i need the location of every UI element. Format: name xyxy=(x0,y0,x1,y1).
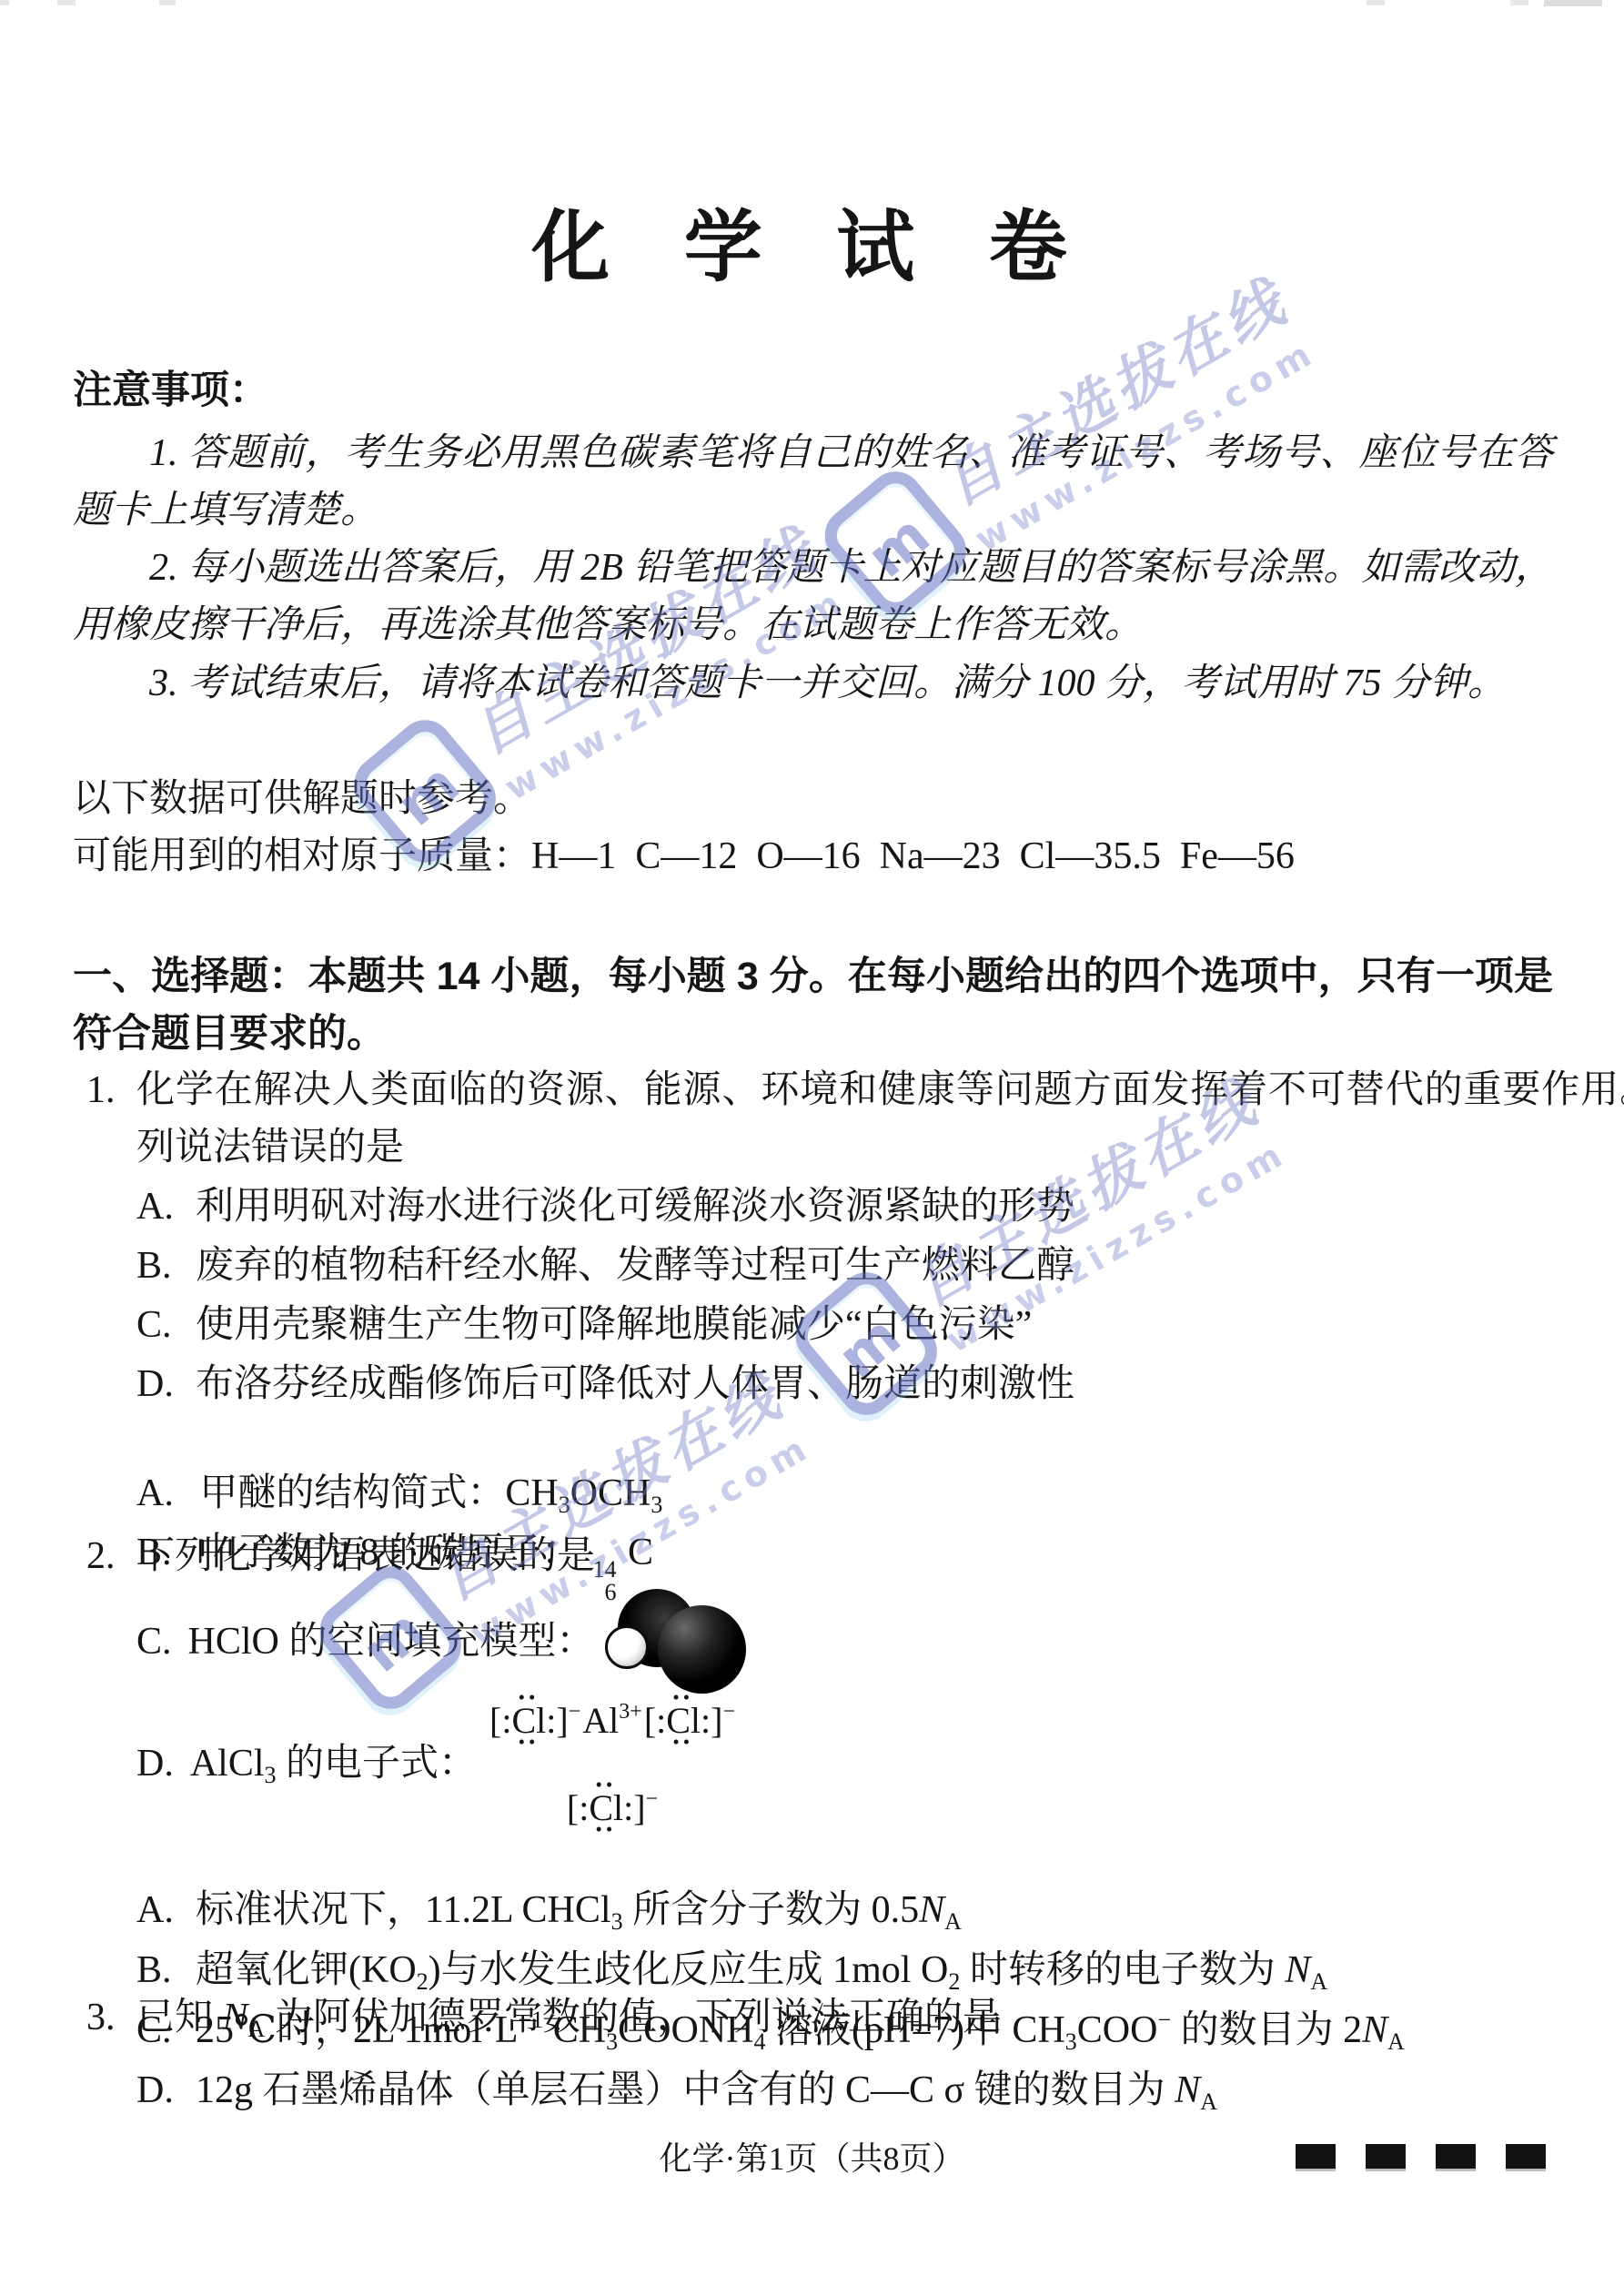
option-b-text: 中子数为 8 的碳原子： xyxy=(197,1532,580,1573)
electron-formula-line-1: •• ••[:Cl:]− Al3+ •• ••[:Cl:]− xyxy=(489,1688,737,1752)
option-a-label: A. xyxy=(136,1882,174,1939)
notice-heading: 注意事项： xyxy=(73,362,1553,420)
option-a-text: 标准状况下，11.2L CHCl3 所含分子数为 0.5NA xyxy=(196,1889,962,1931)
scan-artifact xyxy=(1544,0,1602,6)
alcl3-electron-formula: •• ••[:Cl:]− Al3+ •• ••[:Cl:]− •• ••[:Cl… xyxy=(489,1688,737,1839)
bracket-open: [: xyxy=(489,1700,511,1741)
question-1-text: 化学在解决人类面临的资源、能源、环境和健康等问题方面发挥着不可替代的重要作用。下… xyxy=(136,1069,1624,1168)
atom-sphere-dark-large xyxy=(658,1605,746,1694)
scan-artifact xyxy=(0,0,9,5)
alignment-square xyxy=(1296,2144,1336,2169)
chloride-lewis-unit: •• ••[:Cl:]− xyxy=(644,1688,737,1752)
question-1-number: 1. xyxy=(86,1062,116,1119)
option-b: B. 超氧化钾(KO2)与水发生歧化反应生成 1mol O2 时转移的电子数为 … xyxy=(73,1942,1553,2002)
question-2-option-c: C. HClO 的空间填充模型： xyxy=(73,1588,1553,1695)
option-c-text: HClO 的空间填充模型： xyxy=(188,1613,595,1671)
relative-atomic-mass-line: 可能用到的相对原子质量：H—1 C—12 O—16 Na—23 Cl—35.5 … xyxy=(73,828,1553,885)
negative-charge: − xyxy=(646,1787,659,1811)
option-b-label: B. xyxy=(136,1942,172,1999)
scan-artifact xyxy=(159,0,176,5)
negative-charge: − xyxy=(569,1700,581,1724)
option-a-text: 甲醚的结构简式：CH3OCH3 xyxy=(199,1472,662,1514)
option-d-text: 布洛芬经成酯修饰后可降低对人体胃、肠道的刺激性 xyxy=(196,1363,1074,1405)
bracket-close: :] xyxy=(701,1700,722,1741)
question-3-options: A. 标准状况下，11.2L CHCl3 所含分子数为 0.5NA B. 超氧化… xyxy=(73,1882,1553,2122)
lone-pair-dots-bottom: •• xyxy=(672,1733,693,1752)
option-a-label: A. xyxy=(136,1472,174,1514)
chloride-lewis-unit: •• ••[:Cl:]− xyxy=(489,1688,582,1752)
isotope-mass-number: 14 xyxy=(593,1559,617,1582)
lone-pair-dots-top: •• xyxy=(672,1688,693,1707)
option-c: C. 使用壳聚糖生产生物可降解地膜能减少“白色污染” xyxy=(73,1297,1553,1356)
option-c-text: 25℃时，2L 1mol·L−1 CH3COONH4 溶液(pH=7)中 CH3… xyxy=(196,2009,1405,2051)
option-c-label: C. xyxy=(136,1297,172,1354)
option-a: A. 利用明矾对海水进行淡化可缓解淡水资源紧缺的形势 xyxy=(73,1178,1553,1238)
reference-data-note: 以下数据可供解题时参考。 xyxy=(73,771,1553,828)
option-c: C. 25℃时，2L 1mol·L−1 CH3COONH4 溶液(pH=7)中 … xyxy=(73,2002,1553,2062)
alignment-square xyxy=(1506,2144,1546,2169)
option-d-text: 12g 石墨烯晶体（单层石墨）中含有的 C—C σ 键的数目为 NA xyxy=(196,2069,1217,2111)
question-2-option-a: A. 甲醚的结构简式：CH3OCH3 xyxy=(73,1465,1553,1522)
notice-item-2: 2. 每小题选出答案后，用 2B 铅笔把答题卡上对应题目的答案标号涂黑。如需改动… xyxy=(73,540,1553,654)
aluminium-cation: Al3+ xyxy=(582,1688,644,1752)
negative-charge: − xyxy=(722,1700,735,1724)
scan-artifact xyxy=(57,0,76,5)
exam-paper-page: m 自主选拔在线 www.zizzs.com m 自主选拔在线 www.zizz… xyxy=(0,0,1624,2296)
option-d-label: D. xyxy=(136,2062,174,2119)
scan-artifact xyxy=(1367,0,1385,5)
option-b: B. 废弃的植物秸秆经水解、发酵等过程可生产燃料乙醇 xyxy=(73,1238,1553,1297)
question-1-options: A. 利用明矾对海水进行淡化可缓解淡水资源紧缺的形势 B. 废弃的植物秸秆经水解… xyxy=(73,1178,1553,1415)
alignment-square xyxy=(1366,2144,1406,2169)
option-c-text: 使用壳聚糖生产生物可降解地膜能减少“白色污染” xyxy=(196,1304,1032,1346)
alignment-marks xyxy=(1296,2144,1546,2169)
question-2-option-d: D. AlCl3 的电子式： •• ••[:Cl:]− Al3+ •• ••[:… xyxy=(73,1700,1553,1827)
lone-pair-dots-top: •• xyxy=(595,1775,616,1795)
option-a-label: A. xyxy=(136,1178,174,1236)
isotope-symbol: C xyxy=(628,1532,653,1573)
option-d-label: D. xyxy=(136,1735,174,1793)
alignment-square xyxy=(1436,2144,1476,2169)
section-1-heading: 一、选择题：本题共 14 小题，每小题 3 分。在每小题给出的四个选项中，只有一… xyxy=(73,948,1553,1063)
hclo-space-filling-model xyxy=(603,1589,747,1694)
option-b-text: 超氧化钾(KO2)与水发生歧化反应生成 1mol O2 时转移的电子数为 NA xyxy=(196,1949,1327,1991)
bracket-close: :] xyxy=(623,1787,645,1828)
option-b-text: 废弃的植物秸秆经水解、发酵等过程可生产燃料乙醇 xyxy=(196,1245,1074,1287)
scan-artifact xyxy=(1510,0,1528,5)
option-b-label: B. xyxy=(136,1532,172,1573)
option-c-label: C. xyxy=(136,2002,172,2059)
electron-formula-line-2: •• ••[:Cl:]− xyxy=(567,1775,660,1839)
bracket-close: :] xyxy=(546,1700,568,1741)
option-c-label: C. xyxy=(136,1613,172,1671)
notice-item-3: 3. 考试结束后，请将本试卷和答题卡一并交回。满分 100 分，考试用时 75 … xyxy=(73,655,1553,713)
bracket-open: [: xyxy=(567,1787,589,1828)
option-a-text: 利用明矾对海水进行淡化可缓解淡水资源紧缺的形势 xyxy=(196,1186,1074,1228)
lone-pair-dots-bottom: •• xyxy=(595,1820,616,1839)
option-d-label: D. xyxy=(136,1356,174,1413)
option-d-text: AlCl3 的电子式： xyxy=(190,1735,477,1793)
lone-pair-dots-bottom: •• xyxy=(519,1733,540,1752)
chloride-lewis-unit: •• ••[:Cl:]− xyxy=(567,1775,660,1839)
option-a: A. 标准状况下，11.2L CHCl3 所含分子数为 0.5NA xyxy=(73,1882,1553,1942)
bracket-open: [: xyxy=(644,1700,666,1741)
cation-charge: 3+ xyxy=(619,1700,642,1724)
option-b-label: B. xyxy=(136,1238,172,1295)
notice-item-1: 1. 答题前，考生务必用黑色碳素笔将自己的姓名、准考证号、考场号、座位号在答题卡… xyxy=(73,425,1553,540)
option-d: D. 布洛芬经成酯修饰后可降低对人体胃、肠道的刺激性 xyxy=(73,1356,1553,1415)
option-d: D. 12g 石墨烯晶体（单层石墨）中含有的 C—C σ 键的数目为 NA xyxy=(73,2062,1553,2122)
lone-pair-dots-top: •• xyxy=(519,1688,540,1707)
aluminium-symbol: Al xyxy=(582,1700,619,1741)
question-1-stem: 1. 化学在解决人类面临的资源、能源、环境和健康等问题方面发挥着不可替代的重要作… xyxy=(73,1062,1624,1177)
page-title: 化 学 试 卷 xyxy=(73,202,1553,293)
